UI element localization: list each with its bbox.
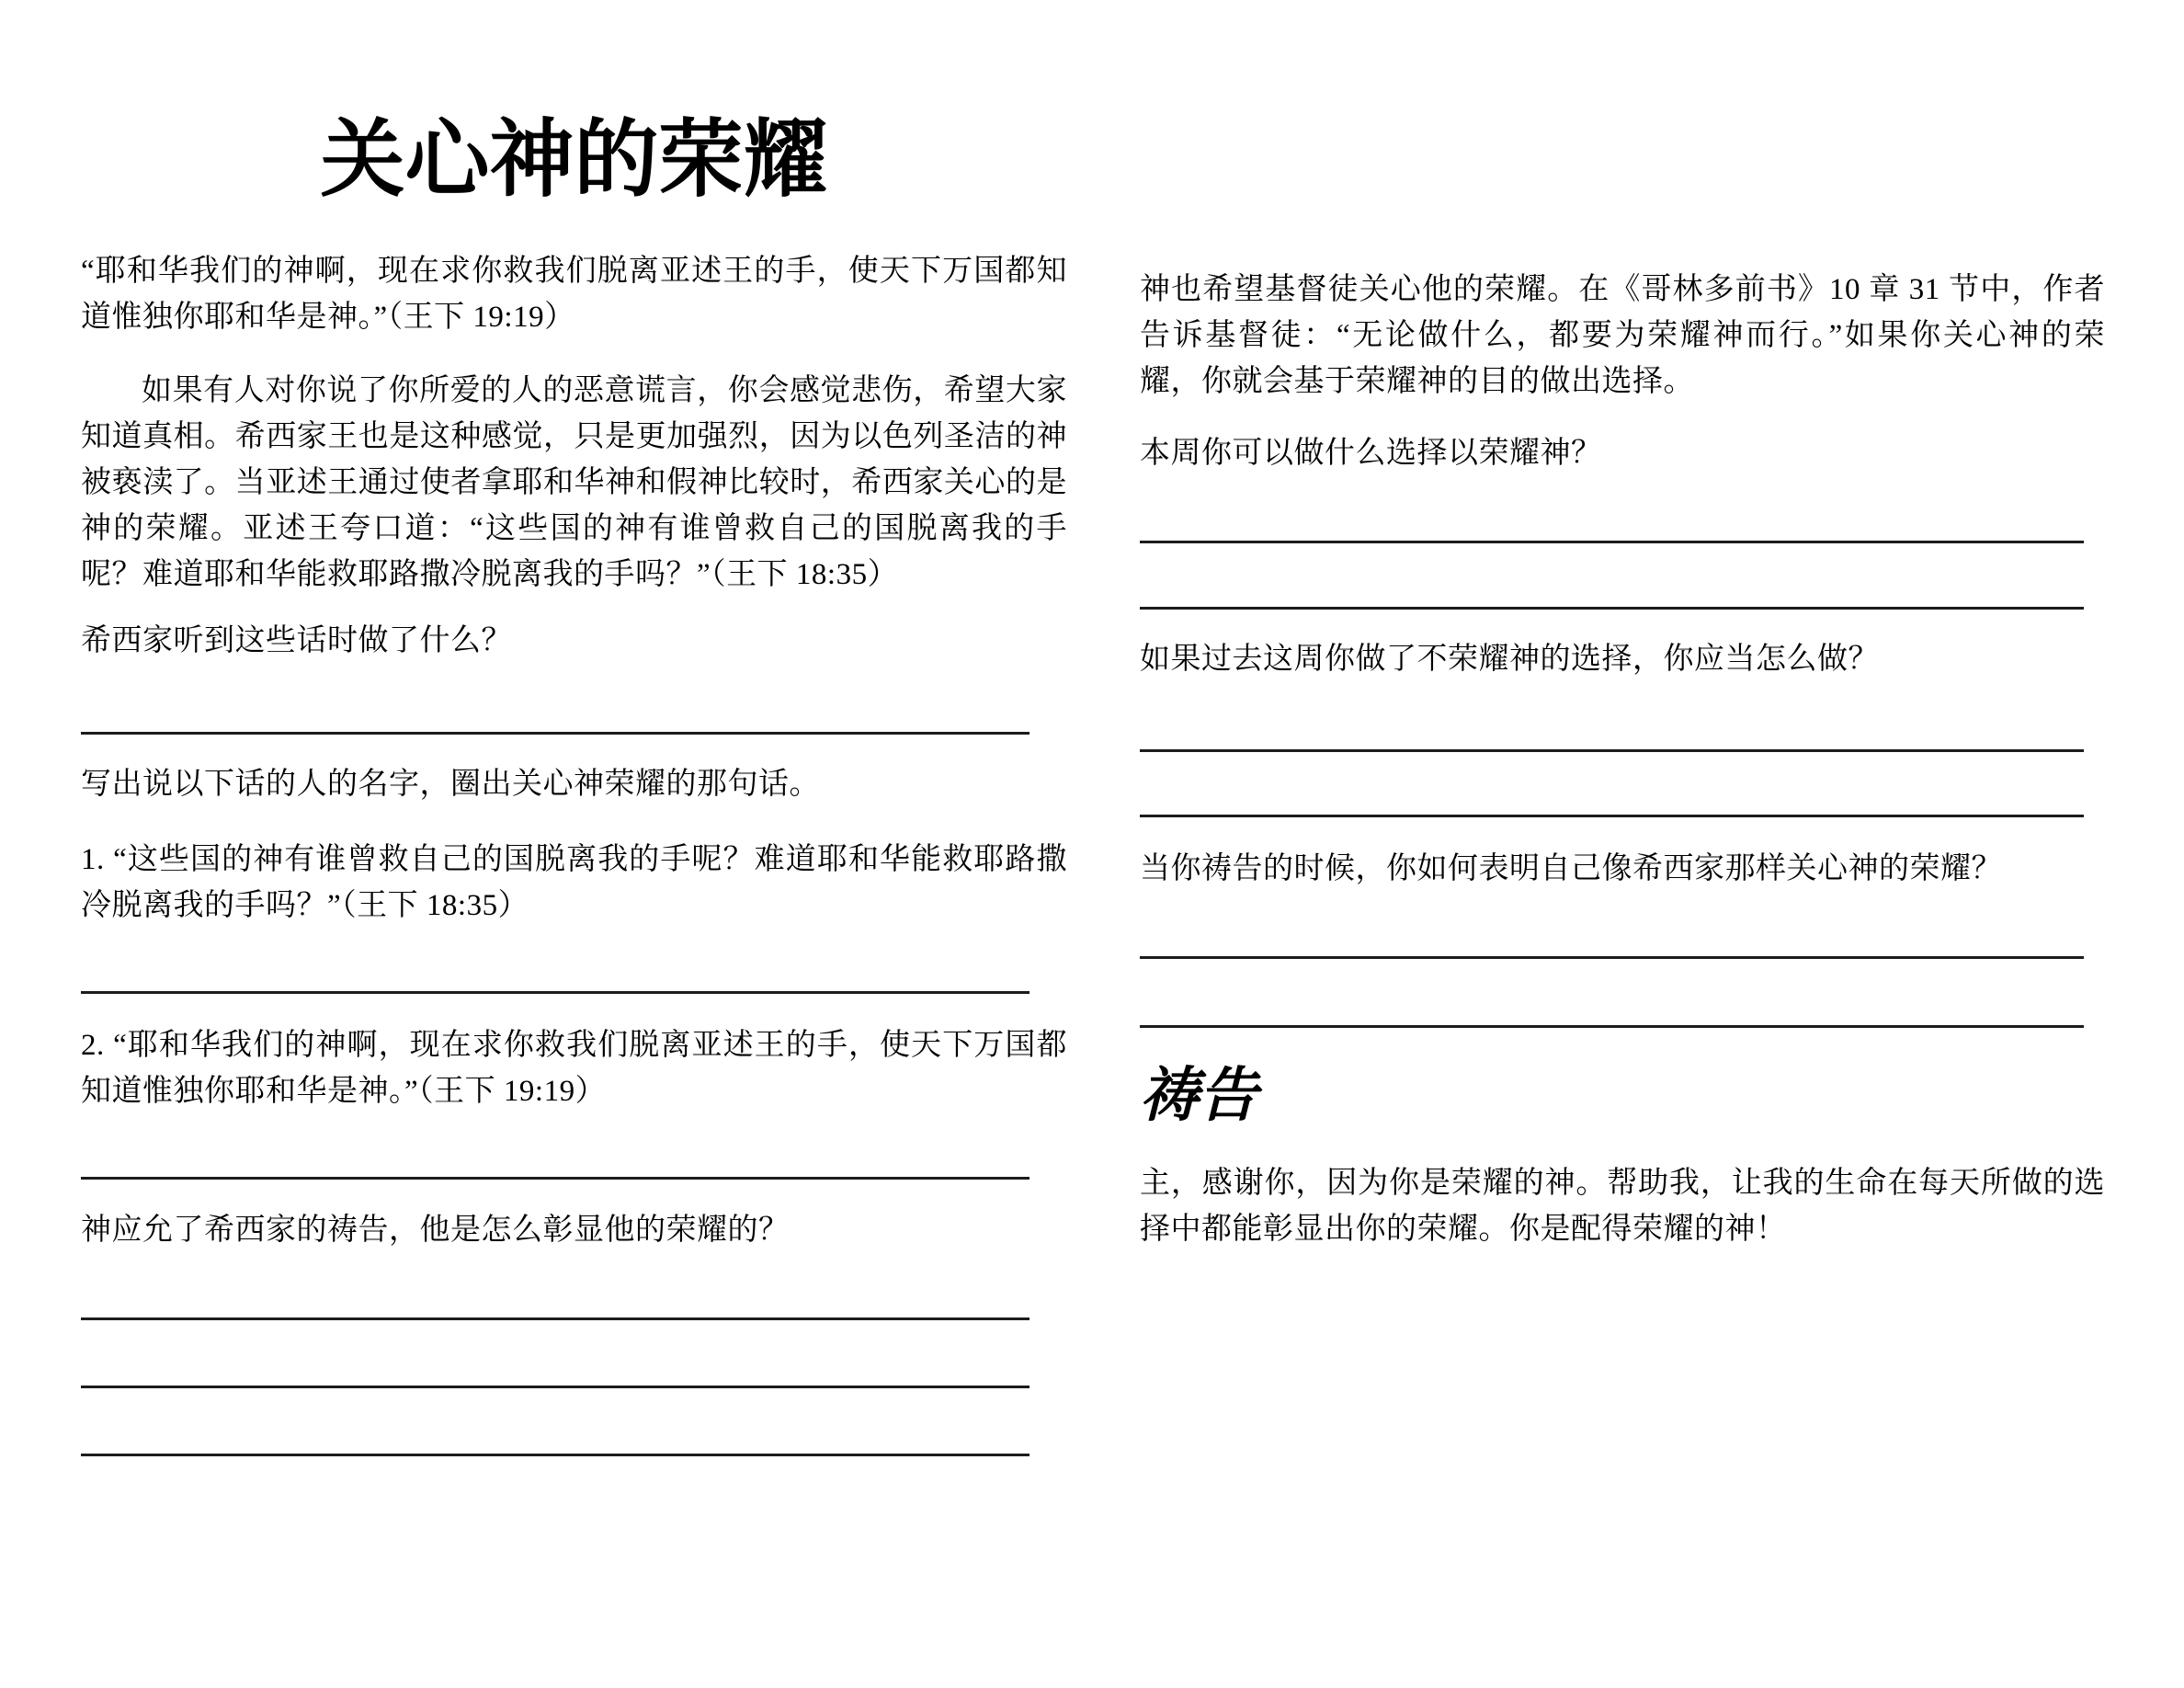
- quote-item-2: 2. “耶和华我们的神啊，现在求你救我们脱离亚述王的手，使天下万国都知道惟独你耶…: [81, 1022, 1067, 1114]
- prayer-paragraph: 主，感谢你，因为你是荣耀的神。帮助我，让我的生命在每天所做的选择中都能彰显出你的…: [1140, 1160, 2105, 1252]
- worksheet-page: 关心神的荣耀 “耶和华我们的神啊，现在求你救我们脱离亚述王的手，使天下万国都知道…: [0, 0, 2184, 1688]
- answer-line: [81, 1317, 1029, 1320]
- answer-line: [81, 1177, 1029, 1180]
- answer-line: [1140, 956, 2084, 959]
- answer-line: [81, 732, 1029, 735]
- question-prayer: 当你祷告的时候，你如何表明自己像希西家那样关心神的荣耀？: [1140, 846, 2105, 892]
- answer-line: [1140, 1025, 2084, 1028]
- page-title: 关心神的荣耀: [81, 108, 1067, 210]
- intro-paragraph: 如果有人对你说了你所爱的人的恶意谎言，你会感觉悲伤，希望大家知道真相。希西家王也…: [81, 368, 1067, 598]
- quote-item-1: 1. “这些国的神有谁曾救自己的国脱离我的手呢？难道耶和华能救耶路撒冷脱离我的手…: [81, 837, 1067, 929]
- answer-line: [81, 991, 1029, 994]
- answer-line: [81, 1454, 1029, 1456]
- answer-line: [1140, 749, 2084, 752]
- answer-line: [81, 1386, 1029, 1388]
- question-hezekiah: 希西家听到这些话时做了什么？: [81, 618, 1067, 664]
- instruction-text: 写出说以下话的人的名字，圈出关心神荣耀的那句话。: [81, 761, 1067, 807]
- right-intro-paragraph: 神也希望基督徒关心他的荣耀。在《哥林多前书》10 章 31 节中，作者告诉基督徒…: [1140, 267, 2105, 405]
- question-this-week: 本周你可以做什么选择以荣耀神？: [1140, 430, 2105, 476]
- question-god-glory: 神应允了希西家的祷告，他是怎么彰显他的荣耀的？: [81, 1207, 1067, 1253]
- answer-line: [1140, 607, 2084, 610]
- question-past-week: 如果过去这周你做了不荣耀神的选择，你应当怎么做？: [1140, 636, 2105, 682]
- answer-line: [1140, 541, 2084, 543]
- prayer-heading: 祷告: [1140, 1057, 2105, 1135]
- verse-quote-paragraph: “耶和华我们的神啊，现在求你救我们脱离亚述王的手，使天下万国都知道惟独你耶和华是…: [81, 248, 1067, 340]
- answer-line: [1140, 815, 2084, 817]
